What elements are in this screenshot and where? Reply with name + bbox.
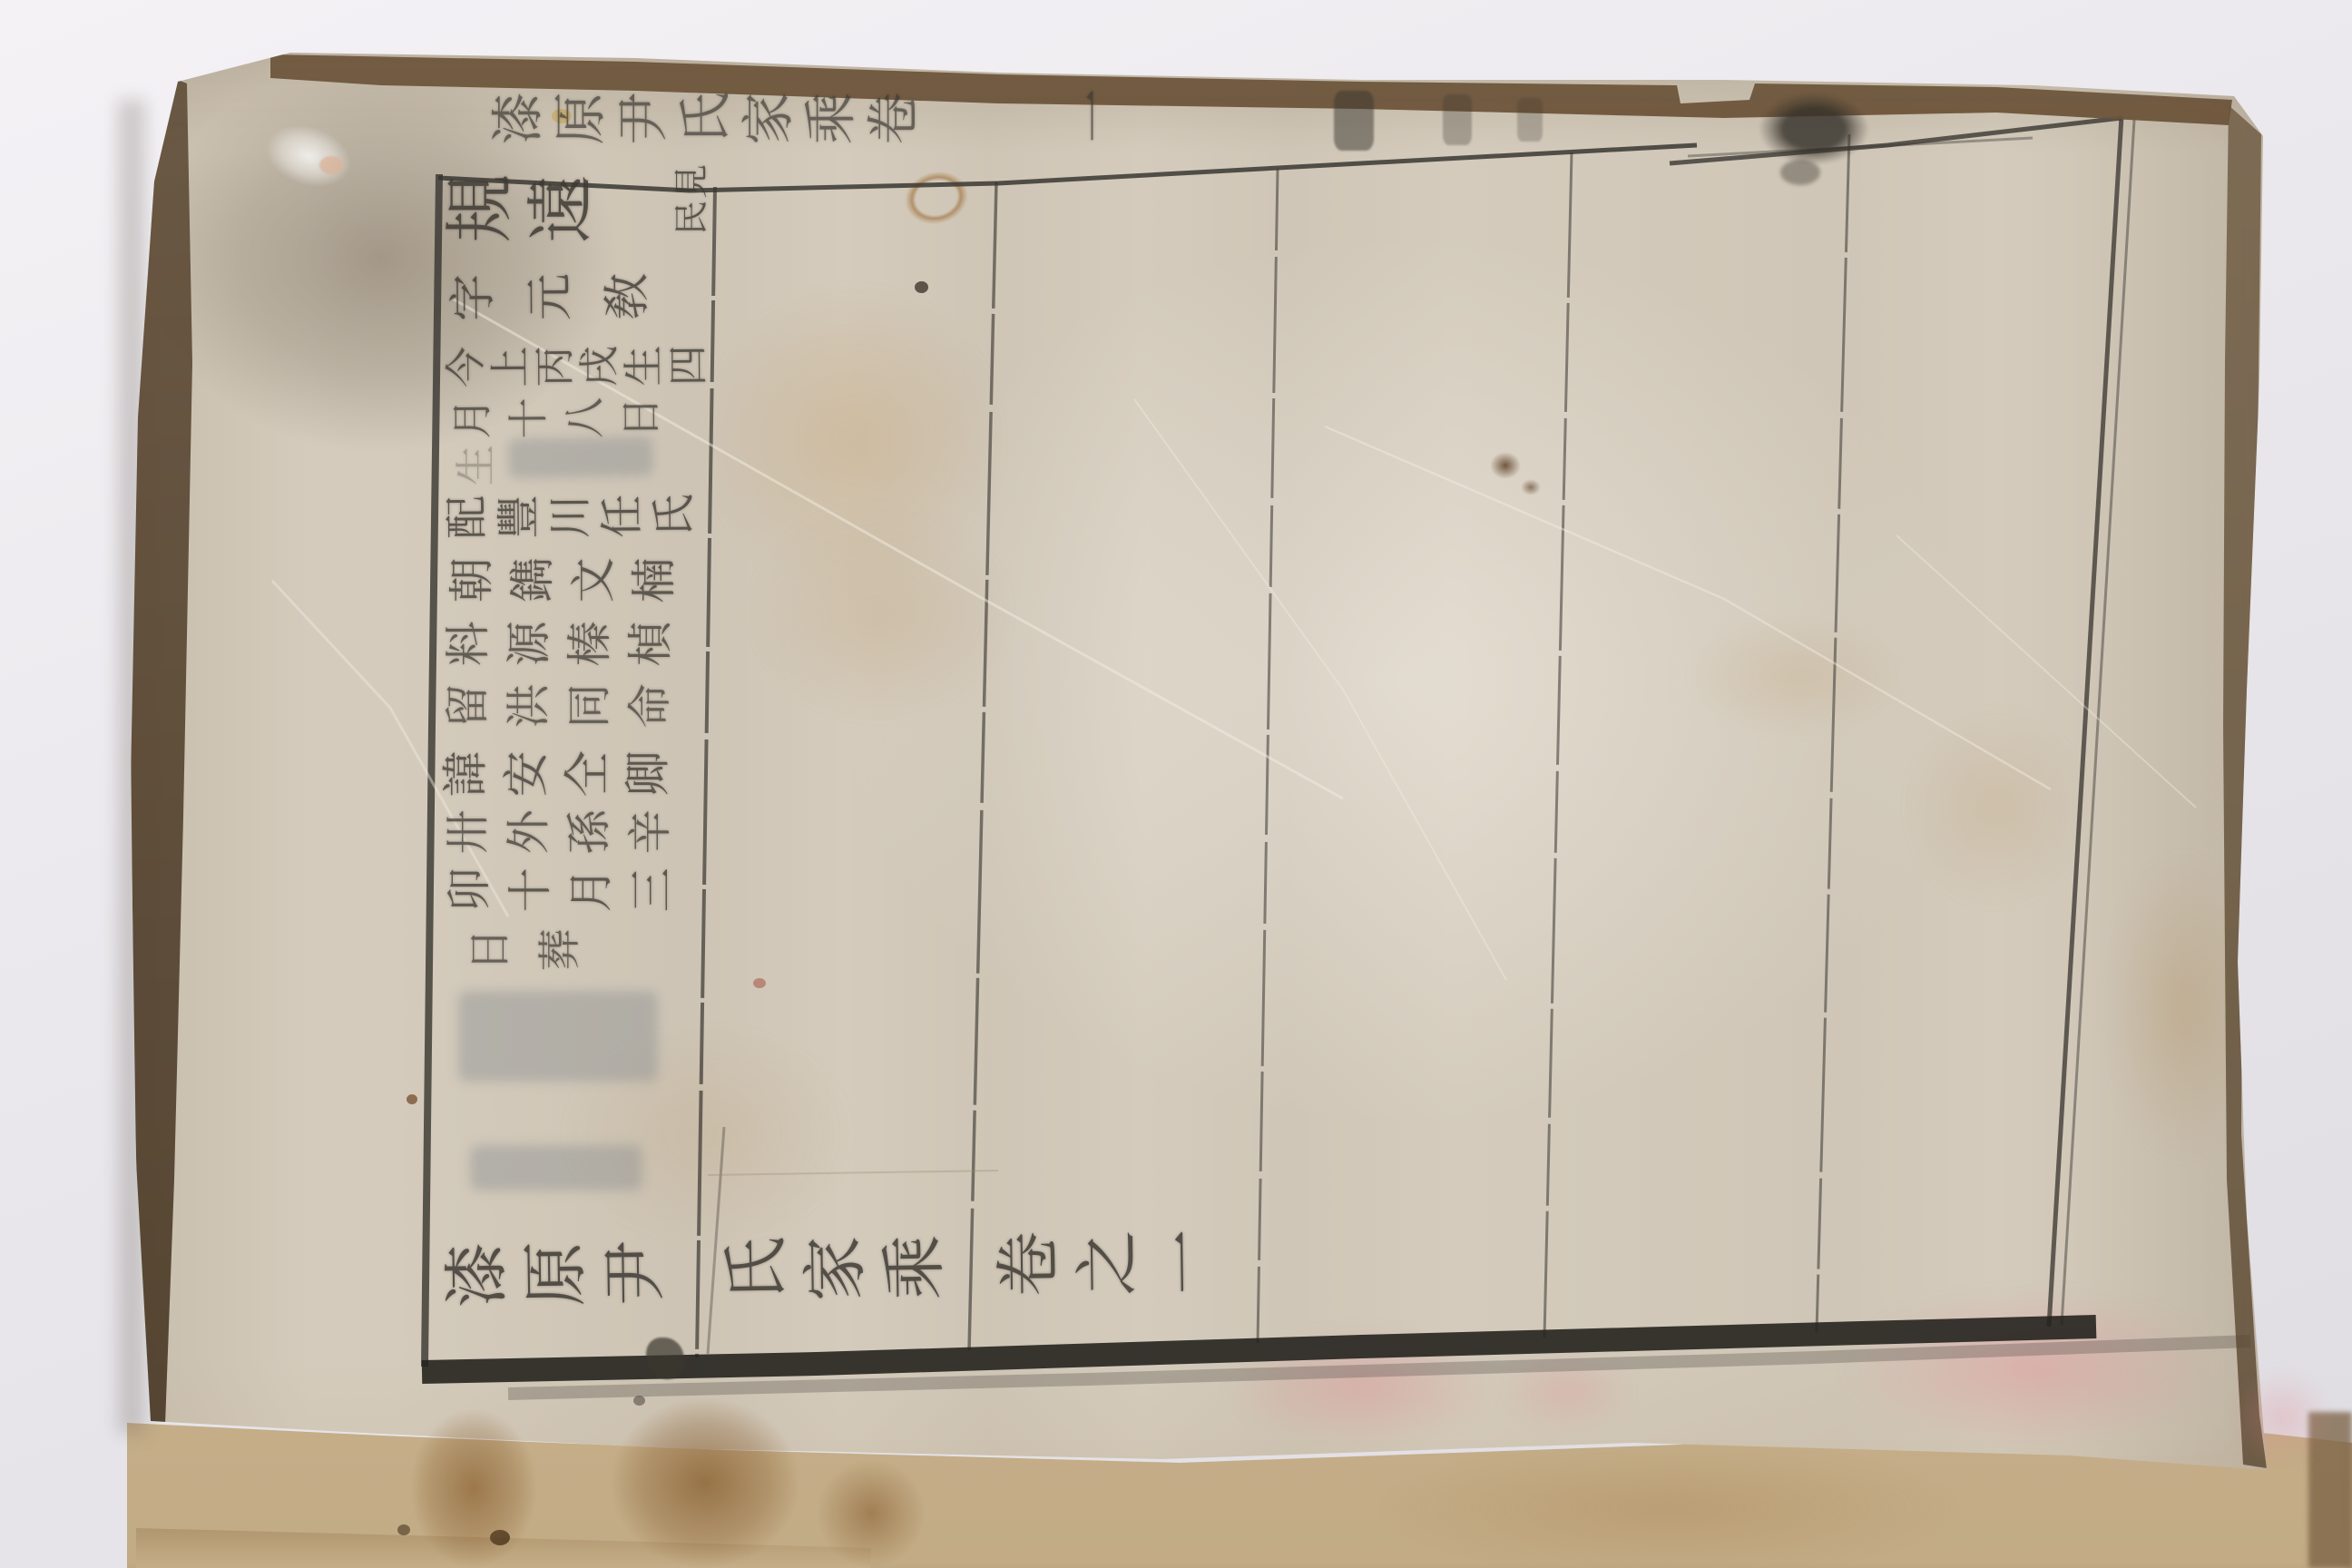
brown-blotch [1379, 1445, 1960, 1568]
page-vignette [0, 0, 2352, 1568]
book-page: 漆原尹氏家乘卷 一 規遠 見 民 字元敎 今上丙戌生四 月十八日 生 配豐川任氏… [0, 0, 2352, 1568]
dark-fleck [397, 1524, 410, 1535]
